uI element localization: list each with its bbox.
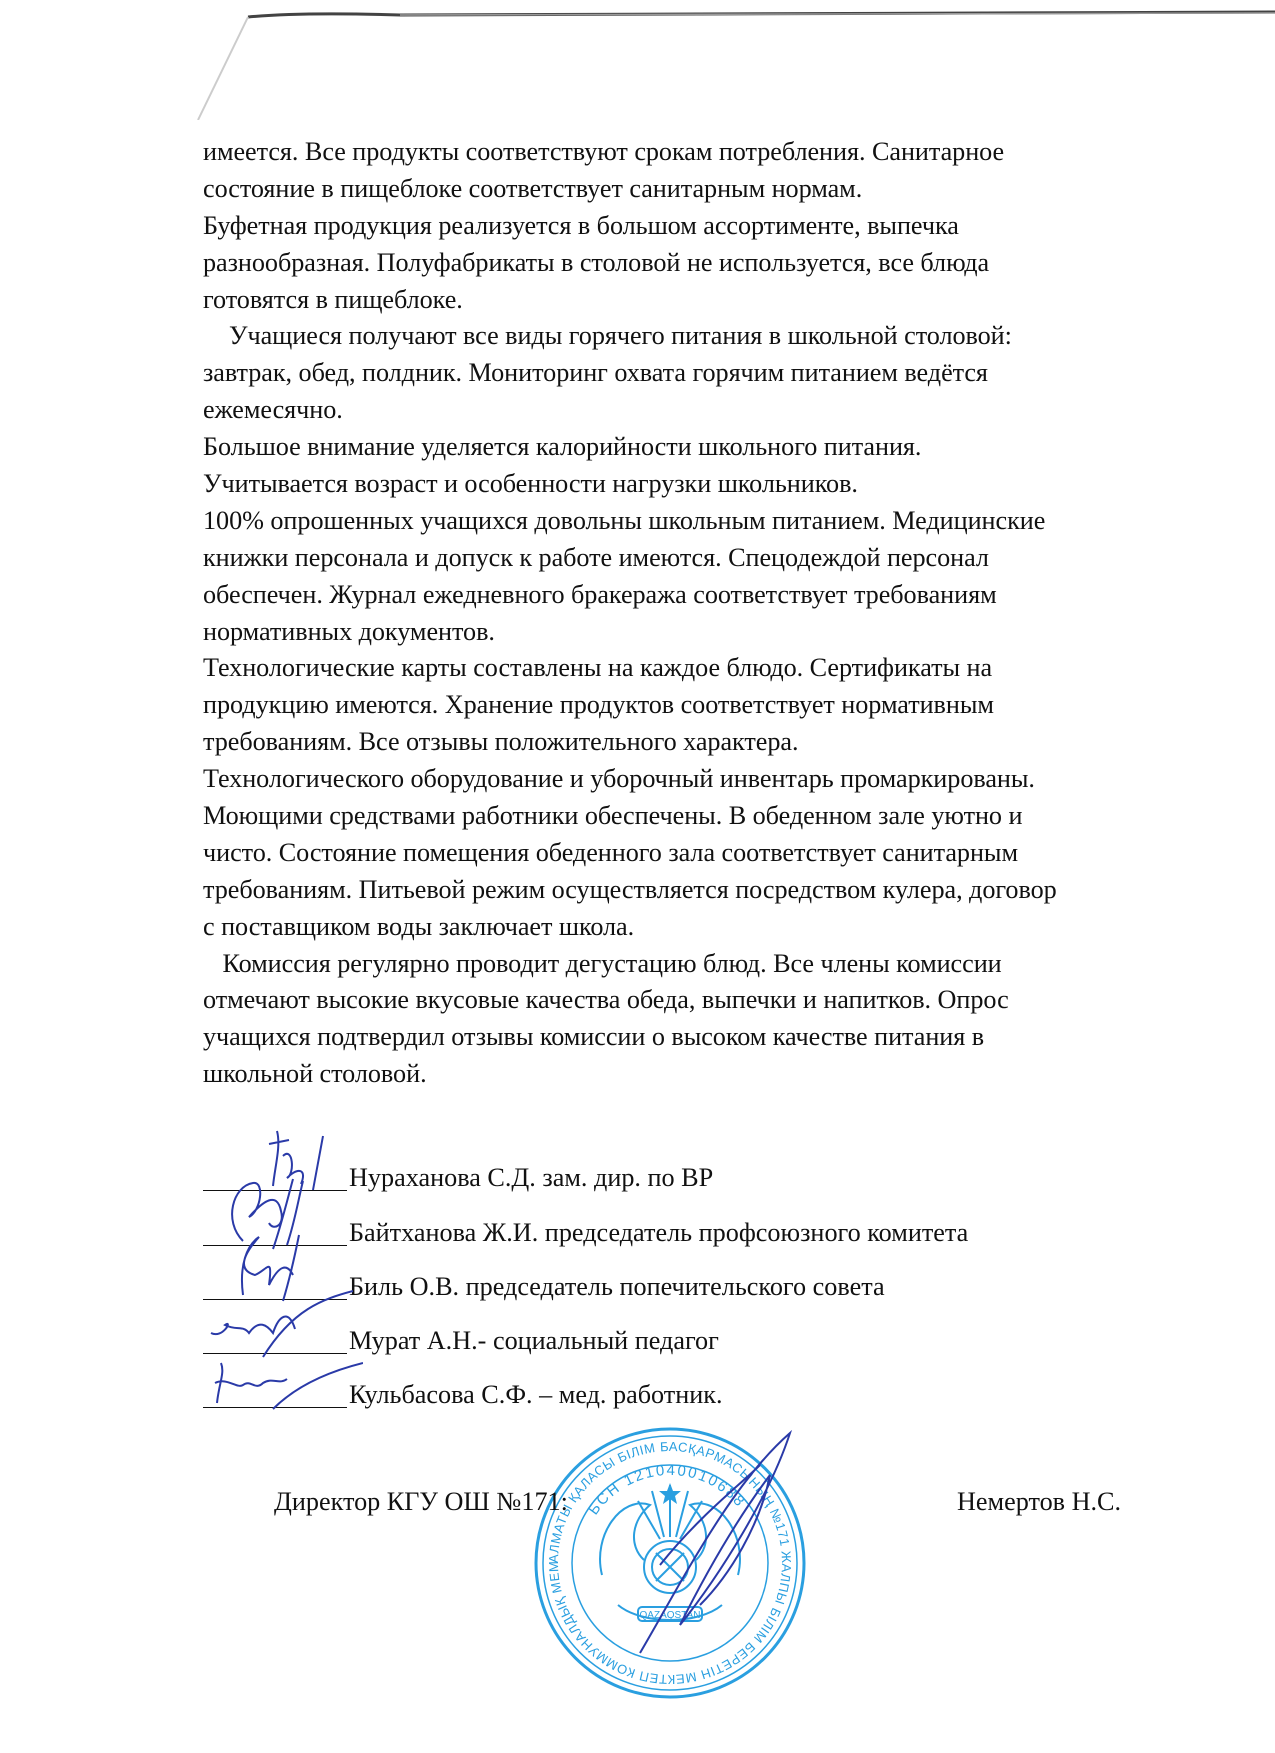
text-line: готовятся в пищеблоке. bbox=[203, 282, 1203, 319]
text-line: Буфетная продукция реализуется в большом… bbox=[203, 208, 1203, 245]
text-line: завтрак, обед, полдник. Мониторинг охват… bbox=[203, 355, 1203, 392]
text-line: Технологического оборудование и уборочны… bbox=[203, 761, 1203, 798]
signature-line bbox=[203, 1160, 347, 1191]
text-line: нормативных документов. bbox=[203, 614, 1203, 651]
text-line: учащихся подтвердил отзывы комиссии о вы… bbox=[203, 1019, 1203, 1056]
signature-row: Нураханова С.Д. зам. дир. по ВР bbox=[203, 1143, 1163, 1197]
text-line: состояние в пищеблоке соответствует сани… bbox=[203, 171, 1203, 208]
handwritten-signature-icon bbox=[203, 1126, 353, 1196]
text-line: книжки персонала и допуск к работе имеют… bbox=[203, 540, 1203, 577]
text-line: Технологические карты составлены на кажд… bbox=[203, 650, 1203, 687]
text-line: требованиям. Питьевой режим осуществляет… bbox=[203, 872, 1203, 909]
text-line: обеспечен. Журнал ежедневного бракеража … bbox=[203, 577, 1203, 614]
text-line: Комиссия регулярно проводит дегустацию б… bbox=[203, 946, 1203, 983]
text-line: ежемесячно. bbox=[203, 392, 1203, 429]
stamp-emblem-icon: АЛМАТЫ ҚАЛАСЫ БІЛІМ БАСҚАРМАСЫНЫҢ №171 Ж… bbox=[532, 1425, 808, 1701]
text-line: Учащиеся получают все виды горячего пита… bbox=[203, 318, 1203, 355]
signatory-name: Нураханова С.Д. зам. дир. по ВР bbox=[349, 1163, 713, 1197]
svg-text:АЛМАТЫ ҚАЛАСЫ БІЛІМ БАСҚАРМАСЫ: АЛМАТЫ ҚАЛАСЫ БІЛІМ БАСҚАРМАСЫНЫҢ №171 Ж… bbox=[532, 1425, 794, 1687]
signature-row: Мурат А.Н.- социальный педагог bbox=[203, 1306, 1163, 1360]
director-signature-icon bbox=[620, 1425, 820, 1655]
text-line: разнообразная. Полуфабрикаты в столовой … bbox=[203, 245, 1203, 282]
text-line: требованиям. Все отзывы положительного х… bbox=[203, 724, 1203, 761]
director-title: Директор КГУ ОШ №171: bbox=[274, 1487, 568, 1516]
signature-line bbox=[203, 1323, 347, 1354]
signature-row: Байтханова Ж.И. председатель профсоюзног… bbox=[203, 1197, 1163, 1251]
director-name: Немертов Н.С. bbox=[957, 1487, 1121, 1517]
signature-line bbox=[203, 1269, 347, 1300]
official-stamp: АЛМАТЫ ҚАЛАСЫ БІЛІМ БАСҚАРМАСЫНЫҢ №171 Ж… bbox=[532, 1425, 808, 1701]
text-line: чисто. Состояние помещения обеденного за… bbox=[203, 835, 1203, 872]
text-line: Большое внимание уделяется калорийности … bbox=[203, 429, 1203, 466]
text-line: 100% опрошенных учащихся довольны школьн… bbox=[203, 503, 1203, 540]
signature-row: Кульбасова С.Ф. – мед. работник. bbox=[203, 1360, 1163, 1414]
signature-line bbox=[203, 1377, 347, 1408]
text-line: имеется. Все продукты соответствуют срок… bbox=[203, 134, 1203, 171]
signatory-name: Байтханова Ж.И. председатель профсоюзног… bbox=[349, 1218, 968, 1252]
signature-row: Биль О.В. председатель попечительского с… bbox=[203, 1252, 1163, 1306]
text-line: Моющими средствами работники обеспечены.… bbox=[203, 798, 1203, 835]
text-line: с поставщиком воды заключает школа. bbox=[203, 909, 1203, 946]
director-line: Директор КГУ ОШ №171: Немертов Н.С. bbox=[274, 1487, 1154, 1517]
svg-text:QAZAQSTAN: QAZAQSTAN bbox=[640, 1610, 701, 1621]
scan-edge-shadow bbox=[0, 0, 1275, 20]
text-line: Учитывается возраст и особенности нагруз… bbox=[203, 466, 1203, 503]
text-line: школьной столовой. bbox=[203, 1056, 1203, 1093]
signatory-name: Биль О.В. председатель попечительского с… bbox=[349, 1272, 885, 1306]
text-line: продукцию имеются. Хранение продуктов со… bbox=[203, 687, 1203, 724]
text-line: отмечают высокие вкусовые качества обеда… bbox=[203, 982, 1203, 1019]
signatory-name: Мурат А.Н.- социальный педагог bbox=[349, 1326, 719, 1360]
signatures-block: Нураханова С.Д. зам. дир. по ВР Байтхано… bbox=[203, 1143, 1163, 1414]
document-body: имеется. Все продукты соответствуют срок… bbox=[203, 134, 1203, 1093]
signatory-name: Кульбасова С.Ф. – мед. работник. bbox=[349, 1380, 723, 1414]
signature-line bbox=[203, 1215, 347, 1246]
